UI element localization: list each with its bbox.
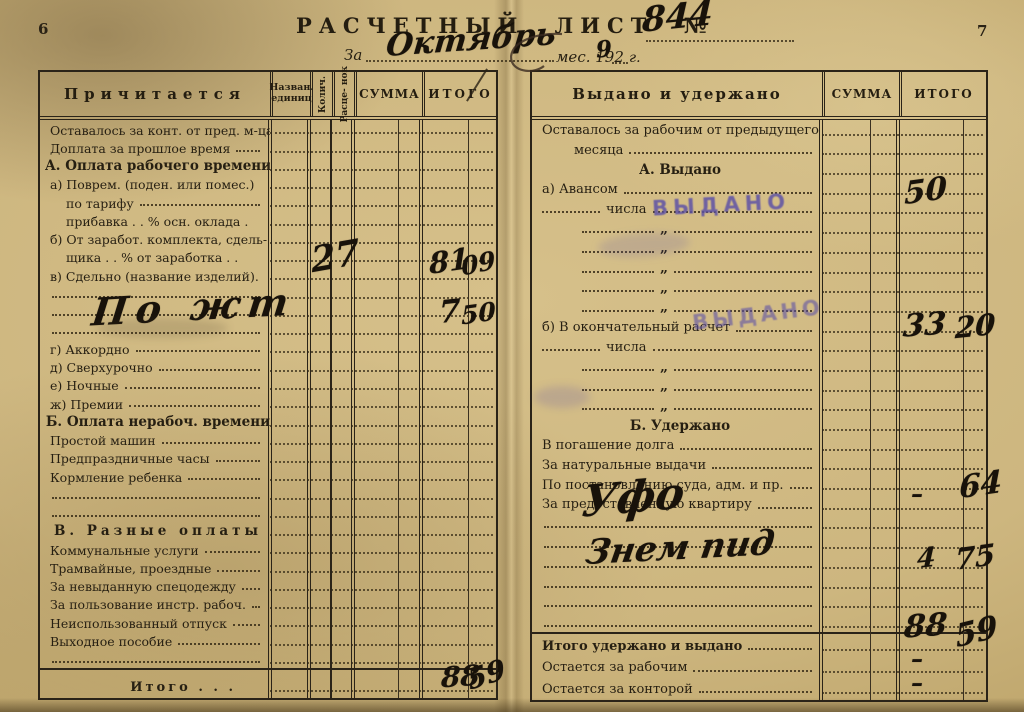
column-divider [819,120,823,700]
row-label: числа [606,203,647,217]
dotted-leader [693,670,812,672]
dotted-leader [629,152,812,154]
table-row: „ [532,278,986,298]
dotted-leader [188,478,260,480]
col-quantity: Колич. [310,72,332,116]
row-label: г) Аккордно [50,343,130,357]
dotted-leader [582,408,654,410]
dotted-leader [674,408,812,410]
dotted-leader [542,211,600,213]
row-label: Оставалось за рабочим от предыдущего [542,124,819,138]
dotted-leader [544,586,812,588]
table-row: „ [532,376,986,396]
table-row: „ [532,218,986,238]
dotted-leader [674,369,812,371]
ink-smudge [534,386,590,408]
row-label: Неиспользованный отпуск [50,617,227,631]
handwritten-note: Знем пид [583,526,776,570]
handwritten-quantity: 27 [310,235,360,279]
dotted-leader [233,624,260,626]
ink-smudge [96,318,228,338]
dotted-leader [140,204,260,206]
dotted-leader [52,497,260,499]
dotted-leader [252,606,260,608]
row-label: Остается за конторой [542,683,693,697]
row-label: Доплата за прошлое время [50,142,230,156]
handwritten-rent-kop: 64 [959,467,1002,504]
dotted-leader [736,330,812,332]
row-label: Б. Удержано [630,419,730,434]
col-itogo-left: ИТОГО [422,72,496,116]
row-label: ж) Премии [50,398,123,412]
table-row: „ [532,258,986,278]
table-row: Оставалось за рабочим от предыдущего [532,120,986,140]
column-divider [896,120,900,700]
col-summa-right: СУММА [822,72,899,116]
center-fold [494,0,524,712]
dotted-leader [674,389,812,391]
dotted-leader [162,442,260,444]
row-label: Трамвайные, проездные [50,562,211,576]
row-label: „ [660,360,668,375]
row-label: „ [660,261,668,276]
handwritten-amount-kop: 75 [955,540,995,575]
handwritten-amount-rub: 7 [439,296,460,329]
table-row: „ [532,396,986,416]
dotted-leader [699,691,812,693]
row-label: „ [660,379,668,394]
handwritten-dash: – [911,482,923,506]
table-row [532,573,986,593]
handwritten-total-rub: 88 [903,609,948,643]
handwritten-year-digit: 9 [595,37,613,61]
dotted-leader [653,349,812,351]
table-row: Б. Удержано [532,415,986,435]
table-row: В погашение долга [532,435,986,455]
row-label: „ [660,399,668,414]
col-rate: Расце- нок [332,72,354,116]
kopeck-divider [398,120,399,698]
kopeck-divider [870,120,871,700]
dotted-leader [52,515,260,517]
year-dotted-line [612,62,628,64]
row-label: Итого удержано и выдано [542,640,742,654]
dotted-leader [748,648,812,650]
handwritten-settlement-kop: 20 [955,310,996,343]
row-label: Коммунальные услуги [50,544,199,558]
row-label: а) Авансом [542,183,618,197]
dotted-leader [205,551,260,553]
dotted-leader [52,661,260,663]
column-divider [351,120,355,698]
year-suffix-label: г. [629,50,641,66]
row-label: е) Ночные [50,379,119,393]
row-label: месяца [574,144,623,158]
col-itogo-right: ИТОГО [899,72,986,116]
handwritten-amount-kop: 09 [460,247,497,279]
dotted-leader [125,387,260,389]
total-label: Итого . . . [130,681,236,695]
dotted-leader [582,389,654,391]
dotted-leader [544,605,812,607]
row-label: Кормление ребенка [50,471,182,485]
table-row: За натуральные выдачи [532,455,986,475]
row-label: по тарифу [66,197,134,211]
dotted-leader [582,369,654,371]
dotted-leader [136,350,260,352]
row-label: А. Оплата рабочего времени [45,159,270,174]
row-label: А. Выдано [639,163,721,178]
table-row: „ [532,356,986,376]
column-divider [330,120,332,698]
dotted-leader [712,467,812,469]
dotted-leader [582,271,654,273]
dotted-leader [242,588,260,590]
dotted-leader [236,150,260,152]
dotted-leader [674,271,812,273]
row-label: За пользование инстр. рабоч. [50,598,246,612]
handwritten-note: Уфо [580,472,687,525]
dotted-leader [758,507,812,509]
row-label: а) Поврем. (поден. или помес.) [50,178,254,192]
row-label: В погашение долга [542,439,674,453]
row-label: б) От заработ. комплекта, сдель- [50,233,267,247]
handwritten-sheet-number: 844 [642,0,714,38]
table-row: месяца [532,140,986,160]
row-label: Предпраздничные часы [50,452,210,466]
dotted-leader [129,405,260,407]
dotted-leader [542,349,600,351]
handwritten-amount-rub: 4 [917,544,937,573]
kopeck-divider [468,120,469,698]
dotted-leader [178,643,260,645]
row-label: щика . . % от заработка . . [66,251,238,265]
row-label: „ [660,300,668,315]
dotted-leader [674,231,812,233]
column-divider [307,120,311,698]
row-label: Б. Оплата нерабоч. времени [46,415,270,430]
row-label: „ [660,281,668,296]
col-summa-left: СУММА [354,72,422,116]
dotted-leader [674,290,812,292]
column-divider [419,120,423,698]
row-label: д) Сверхурочно [50,361,153,375]
dotted-leader [159,369,260,371]
handwritten-settlement-rub: 33 [902,308,947,342]
dotted-leader [582,310,654,312]
dotted-leader [582,290,654,292]
earnings-table-header: Причитается Назван. единиц Колич. Расце-… [40,72,496,120]
za-label: За [344,46,362,64]
payments-title: Выдано и удержано [532,72,822,116]
earnings-title: Причитается [40,72,270,116]
row-label: прибавка . . % осн. оклада . [66,215,248,229]
number-dotted-line [646,40,794,42]
dotted-leader [790,487,812,489]
row-label: В. Разные оплаты [54,524,262,539]
row-label: числа [606,341,647,355]
handwritten-dash: – [911,671,923,695]
row-label: Оставалось за конт. от пред. м-ца [50,124,270,138]
handwritten-advance-amount: 50 [904,173,947,210]
dotted-leader [216,460,260,462]
payments-table-header: Выдано и удержано СУММА ИТОГО [532,72,986,120]
page-number-right: 7 [977,22,987,40]
row-label: Остается за рабочим [542,661,687,675]
handwritten-amount-kop: 50 [461,299,496,329]
dotted-leader [217,570,260,572]
dotted-leader [674,251,812,253]
pen-flourish [500,30,570,80]
column-divider [268,120,272,698]
row-label: За невыданную спецодежду [50,580,236,594]
dotted-leader [544,625,812,627]
page-number-left: 6 [38,20,48,38]
dotted-leader [680,448,812,450]
earnings-table: Причитается Назван. единиц Колич. Расце-… [38,70,498,700]
payments-table: Выдано и удержано СУММА ИТОГО Оставалось… [530,70,988,702]
row-label: Выходное пособие [50,635,172,649]
col-units: Назван. единиц [270,72,310,116]
kopeck-divider [963,120,964,700]
row-label: Простой машин [50,434,156,448]
